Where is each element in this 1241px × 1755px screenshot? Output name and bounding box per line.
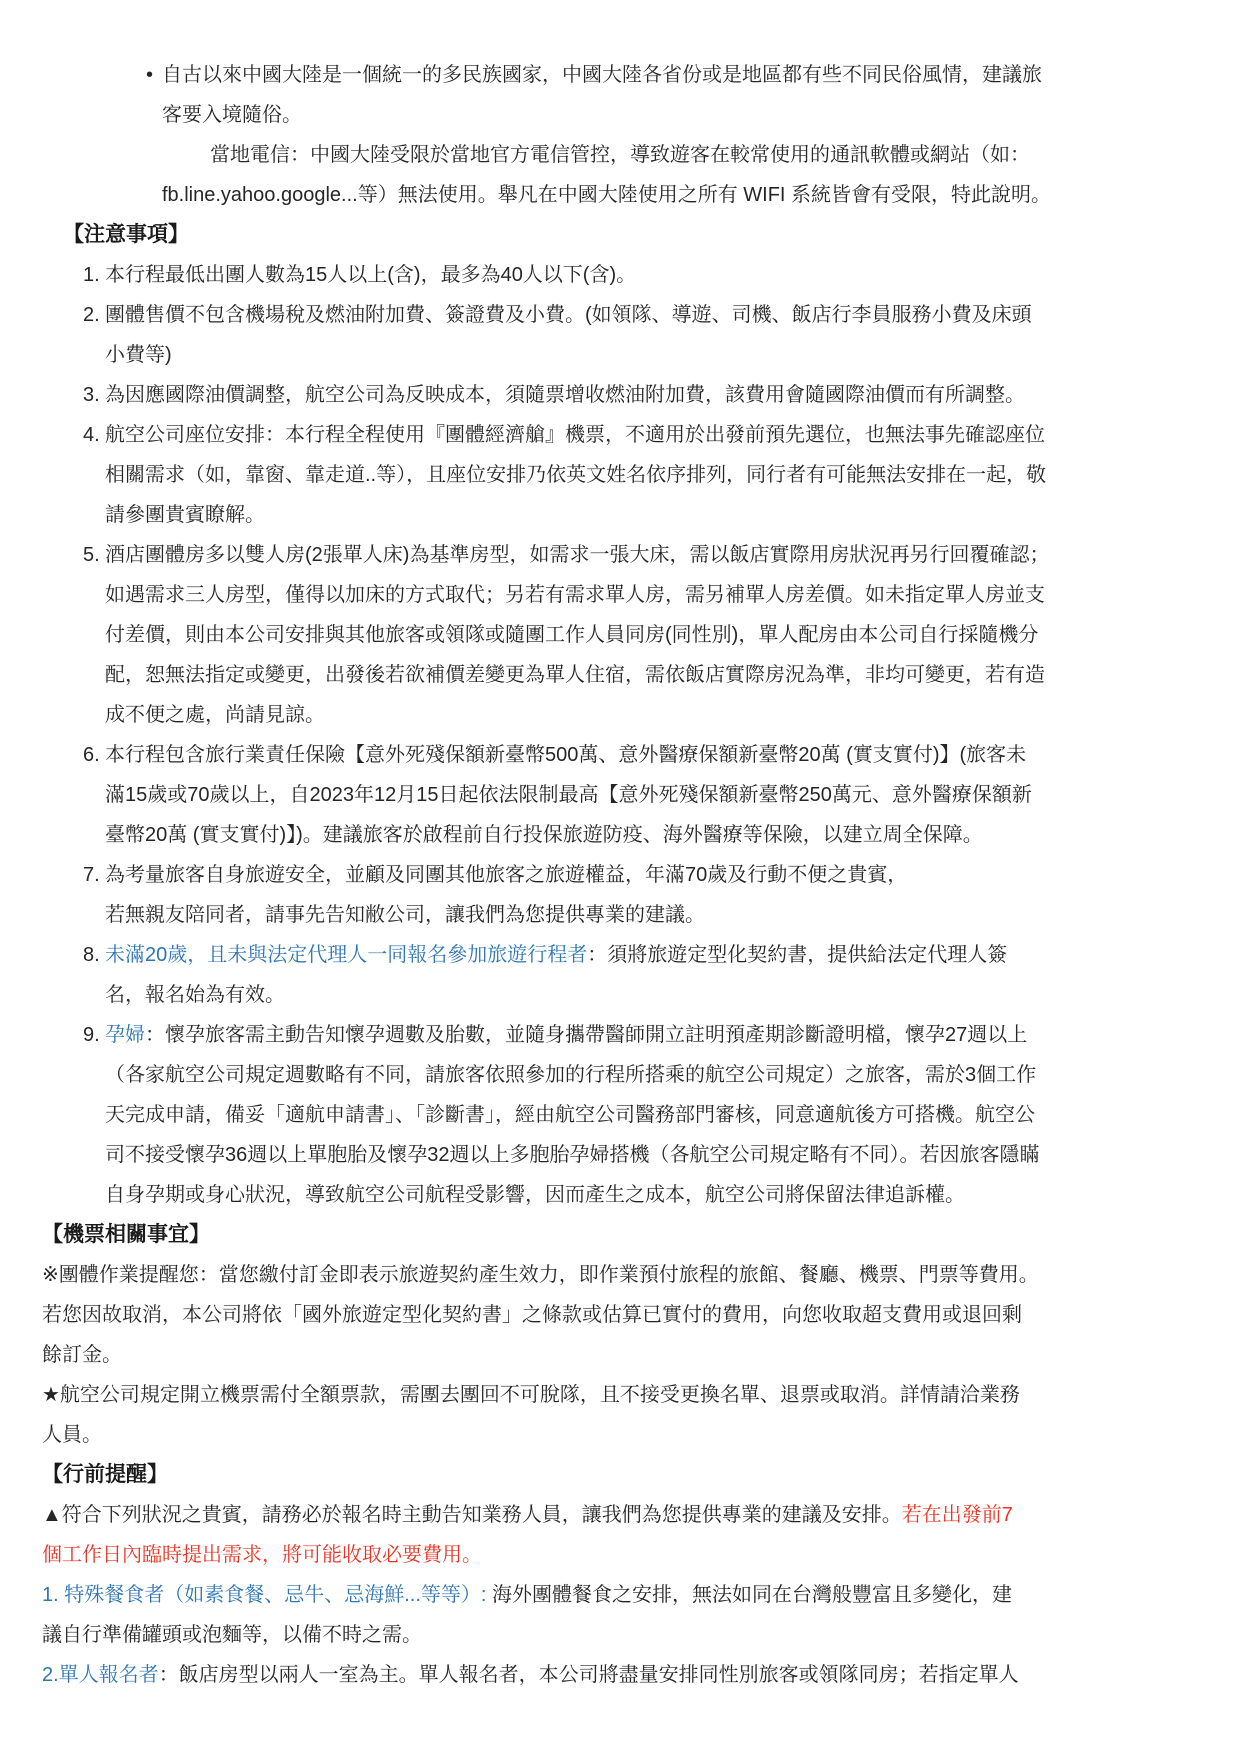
notice-list-item: 6.本行程包含旅行業責任保險【意外死殘保額新臺幣500萬、意外醫療保額新臺幣20…: [63, 735, 1183, 855]
emphasis-blue-text: 2.單人報名者: [42, 1664, 159, 1686]
notice-list-item: 1.本行程最低出團人數為15人以上(含)，最多為40人以下(含)。: [63, 255, 1183, 295]
list-item-number: 2.: [83, 295, 100, 335]
bullet-icon: •: [146, 55, 153, 95]
text-run: 航空公司座位安排：本行程全程使用『團體經濟艙』機票，不適用於出發前預先選位，也無…: [105, 424, 1046, 526]
notice-list-item: 8.未滿20歲，且未與法定代理人一同報名參加旅遊行程者：須將旅遊定型化契約書，提…: [63, 935, 1183, 1015]
notice-list-item: 2.團體售價不包含機場稅及燃油附加費、簽證費及小費。(如領隊、導遊、司機、飯店行…: [63, 295, 1183, 375]
list-item-text: 團體售價不包含機場稅及燃油附加費、簽證費及小費。(如領隊、導遊、司機、飯店行李員…: [105, 304, 1032, 366]
notice-list: 1.本行程最低出團人數為15人以上(含)，最多為40人以下(含)。2.團體售價不…: [63, 255, 1183, 1215]
list-item-number: 5.: [83, 535, 100, 575]
intro-section: • 自古以來中國大陸是一個統一的多民族國家，中國大陸各省份或是地區都有些不同民俗…: [162, 55, 1183, 215]
ticket-rules-paragraph: ★航空公司規定開立機票需付全額票款，需團去團回不可脫隊，且不接受更換名單、退票或…: [42, 1375, 1195, 1455]
emphasis-blue-text: 未滿20歲，且未與法定代理人一同報名參加旅遊行程者: [105, 944, 587, 966]
list-item-text: 為因應國際油價調整，航空公司為反映成本，須隨票增收燃油附加費，該費用會隨國際油價…: [105, 384, 1025, 406]
list-item-text: 本行程包含旅行業責任保險【意外死殘保額新臺幣500萬、意外醫療保額新臺幣20萬 …: [105, 744, 1032, 846]
notice-list-item: 4.航空公司座位安排：本行程全程使用『團體經濟艙』機票，不適用於出發前預先選位，…: [63, 415, 1183, 535]
text-run: 酒店團體房多以雙人房(2張單人床)為基準房型，如需求一張大床，需以飯店實際用房狀…: [105, 544, 1049, 726]
document-content: • 自古以來中國大陸是一個統一的多民族國家，中國大陸各省份或是地區都有些不同民俗…: [0, 0, 1241, 1695]
text-run: ★航空公司規定開立機票需付全額票款，需團去團回不可脫隊，且不接受更換名單、退票或…: [42, 1384, 1020, 1446]
notice-list-item: 5.酒店團體房多以雙人房(2張單人床)為基準房型，如需求一張大床，需以飯店實際用…: [63, 535, 1183, 735]
notice-list-item: 7.為考量旅客自身旅遊安全，並顧及同團其他旅客之旅遊權益，年滿70歲及行動不便之…: [63, 855, 1183, 935]
notify-staff-paragraph: ▲符合下列狀況之貴賓，請務必於報名時主動告知業務人員，讓我們為您提供專業的建議及…: [42, 1495, 1195, 1575]
section-heading-notes: 【注意事項】: [63, 215, 1183, 255]
list-item-text: 酒店團體房多以雙人房(2張單人床)為基準房型，如需求一張大床，需以飯店實際用房狀…: [105, 544, 1049, 726]
special-meal-paragraph: 1. 特殊餐食者（如素食餐、忌牛、忌海鮮...等等）: 海外團體餐食之安排，無法…: [42, 1575, 1195, 1655]
list-item-number: 1.: [83, 255, 100, 295]
emphasis-blue-text: 孕婦: [105, 1024, 145, 1046]
list-item-text: 為考量旅客自身旅遊安全，並顧及同團其他旅客之旅遊權益，年滿70歲及行動不便之貴賓…: [105, 864, 907, 926]
list-item-number: 7.: [83, 855, 100, 895]
list-item-text: 孕婦：懷孕旅客需主動告知懷孕週數及胎數，並隨身攜帶醫師開立註明預產期診斷證明檔，…: [105, 1024, 1040, 1206]
single-traveler-paragraph: 2.單人報名者：飯店房型以兩人一室為主。單人報名者，本公司將盡量安排同性別旅客或…: [42, 1655, 1195, 1695]
text-run: 自古以來中國大陸是一個統一的多民族國家，中國大陸各省份或是地區都有些不同民俗風情…: [162, 64, 1042, 126]
notice-list-item: 3.為因應國際油價調整，航空公司為反映成本，須隨票增收燃油附加費，該費用會隨國際…: [63, 375, 1183, 415]
list-item-text: 航空公司座位安排：本行程全程使用『團體經濟艙』機票，不適用於出發前預先選位，也無…: [105, 424, 1046, 526]
text-run: 為因應國際油價調整，航空公司為反映成本，須隨票增收燃油附加費，該費用會隨國際油價…: [105, 384, 1025, 406]
list-item-number: 6.: [83, 735, 100, 775]
text-run: ：懷孕旅客需主動告知懷孕週數及胎數，並隨身攜帶醫師開立註明預產期診斷證明檔，懷孕…: [105, 1024, 1040, 1206]
text-run: 團體售價不包含機場稅及燃油附加費、簽證費及小費。(如領隊、導遊、司機、飯店行李員…: [105, 304, 1032, 366]
text-run: ：飯店房型以兩人一室為主。單人報名者，本公司將盡量安排同性別旅客或領隊同房；若指…: [159, 1664, 1019, 1686]
section-heading-ticket: 【機票相關事宜】: [42, 1215, 1195, 1255]
list-item-text: 未滿20歲，且未與法定代理人一同報名參加旅遊行程者：須將旅遊定型化契約書，提供給…: [105, 944, 1007, 1006]
emphasis-blue-text: 1. 特殊餐食者（如素食餐、忌牛、忌海鮮...等等）:: [42, 1584, 492, 1606]
document-page: • 自古以來中國大陸是一個統一的多民族國家，中國大陸各省份或是地區都有些不同民俗…: [0, 0, 1241, 1755]
text-run: 本行程包含旅行業責任保險【意外死殘保額新臺幣500萬、意外醫療保額新臺幣20萬 …: [105, 744, 1032, 846]
bullet-item-text: 自古以來中國大陸是一個統一的多民族國家，中國大陸各省份或是地區都有些不同民俗風情…: [162, 64, 1042, 126]
list-item-number: 4.: [83, 415, 100, 455]
notice-list-item: 9.孕婦：懷孕旅客需主動告知懷孕週數及胎數，並隨身攜帶醫師開立註明預產期診斷證明…: [63, 1015, 1183, 1215]
text-run: ※團體作業提醒您：當您繳付訂金即表示旅遊契約產生效力，即作業預付旅程的旅館、餐廳…: [42, 1264, 1039, 1366]
text-run: 為考量旅客自身旅遊安全，並顧及同團其他旅客之旅遊權益，年滿70歲及行動不便之貴賓…: [105, 864, 907, 926]
list-item-number: 3.: [83, 375, 100, 415]
telecom-note-paragraph: 當地電信：中國大陸受限於當地官方電信管控，導致遊客在較常使用的通訊軟體或網站（如…: [162, 135, 1183, 215]
section-heading-predeparture: 【行前提醒】: [42, 1455, 1195, 1495]
text-run: ▲符合下列狀況之貴賓，請務必於報名時主動告知業務人員，讓我們為您提供專業的建議及…: [42, 1504, 902, 1526]
list-item-number: 8.: [83, 935, 100, 975]
list-item-number: 9.: [83, 1015, 100, 1055]
text-run: 本行程最低出團人數為15人以上(含)，最多為40人以下(含)。: [105, 264, 636, 286]
deposit-reminder-paragraph: ※團體作業提醒您：當您繳付訂金即表示旅遊契約產生效力，即作業預付旅程的旅館、餐廳…: [42, 1255, 1195, 1375]
text-run: 當地電信：中國大陸受限於當地官方電信管控，導致遊客在較常使用的通訊軟體或網站（如…: [162, 144, 1051, 206]
list-item-text: 本行程最低出團人數為15人以上(含)，最多為40人以下(含)。: [105, 264, 636, 286]
custom-notice-bullet-item: • 自古以來中國大陸是一個統一的多民族國家，中國大陸各省份或是地區都有些不同民俗…: [162, 55, 1183, 135]
lower-sections: 【機票相關事宜】 ※團體作業提醒您：當您繳付訂金即表示旅遊契約產生效力，即作業預…: [42, 1215, 1195, 1695]
